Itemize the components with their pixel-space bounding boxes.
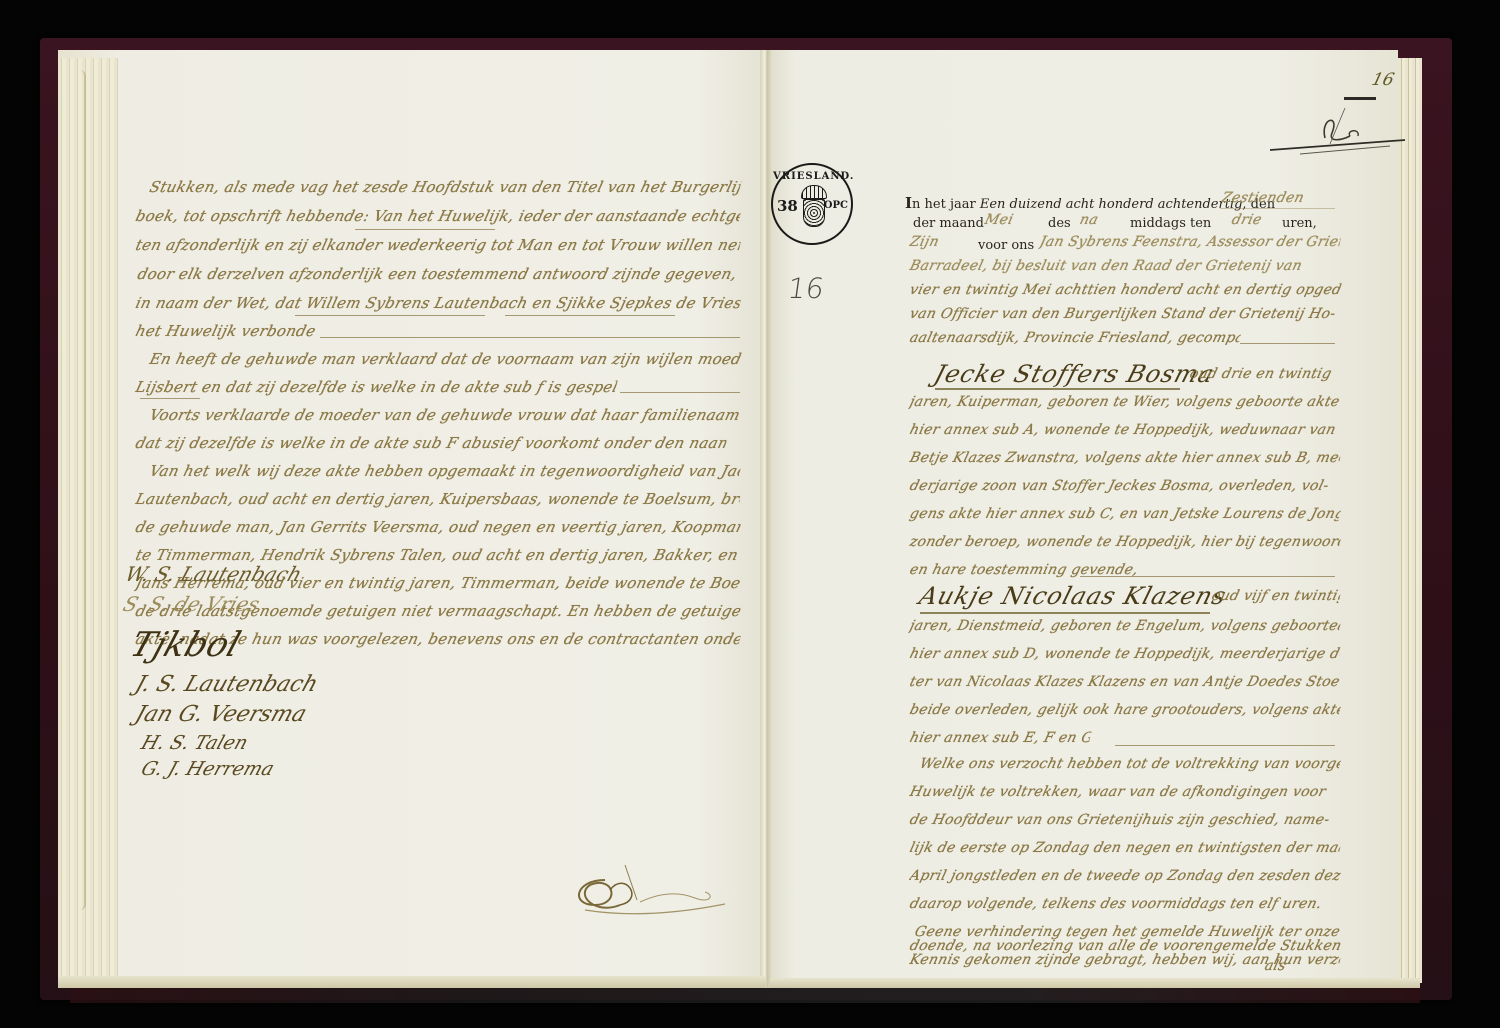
- handwritten-line: Huwelijk te voltrekken, waar van de afko…: [908, 784, 1342, 800]
- handwritten-line: gens akte hier annex sub C, en van Jetsk…: [908, 506, 1342, 522]
- book-gutter: [760, 50, 772, 988]
- handwritten-line: hier annex sub D, wonende te Hoppedijk, …: [908, 646, 1342, 662]
- printed-middags: middags ten: [1130, 216, 1211, 231]
- handwritten-line: oud drie en twintig: [1188, 366, 1342, 382]
- printed-year: Een duizend acht honderd achtendertig: [980, 197, 1243, 212]
- folio-number: 16: [1370, 70, 1397, 90]
- handwritten-line: Betje Klazes Zwanstra, volgens akte hier…: [908, 450, 1342, 466]
- handwritten-line: het Huwelijk verbonden zijn.: [134, 322, 318, 340]
- underline-rule: [295, 315, 485, 316]
- handwritten-month: Mei: [983, 212, 1087, 228]
- handwritten-line: derjarige zoon van Stoffer Jeckes Bosma,…: [908, 478, 1342, 494]
- catchword: als: [1263, 958, 1317, 974]
- signature-bride: S. S. de Vries: [120, 592, 263, 616]
- handwritten-line: boek, tot opschrift hebbende: Van het Hu…: [134, 207, 742, 225]
- left-page-curl: [72, 70, 86, 910]
- handwritten-line: zonder beroep, wonende te Hoppedijk, hie…: [908, 534, 1342, 550]
- handwritten-line: doende, na voorlezing van alle de vooren…: [908, 938, 1342, 954]
- handwritten-line: ter van Nicolaas Klazes Klazens en van A…: [908, 674, 1342, 690]
- fill-rule: [1240, 343, 1335, 344]
- pencil-page-number: 16: [786, 272, 826, 305]
- right-page-stack: [1398, 58, 1422, 983]
- groom-name: Jecke Stoffers Bosma: [931, 360, 1218, 388]
- decorated-initial: I: [905, 194, 912, 212]
- handwritten-day: Zestienden: [1220, 190, 1334, 206]
- printed-month-label: der maand: [913, 216, 984, 231]
- handwritten-line: dat zij dezelfde is welke in de akte sub…: [134, 434, 728, 452]
- handwritten-line: Welke ons verzocht hebben tot de voltrek…: [918, 756, 1342, 772]
- handwritten-line: oud vijf en twintig: [1210, 588, 1342, 604]
- line-fill-rule: [320, 337, 740, 338]
- handwritten-line: door elk derzelven afzonderlijk een toes…: [136, 265, 742, 283]
- crown-icon: [801, 185, 827, 199]
- handwritten-line: Jan Sybrens Feenstra, Assessor der Griet…: [1038, 234, 1342, 250]
- friesland-tax-stamp: VRIESLAND. 38 OPC: [771, 163, 853, 245]
- official-signature-flourish: [565, 860, 735, 920]
- handwritten-line: de Hoofddeur van ons Grietenijhuis zijn …: [908, 812, 1342, 828]
- printed-des: des: [1048, 216, 1071, 231]
- handwritten-line: Van het welk wij deze akte hebben opgema…: [148, 462, 742, 480]
- handwritten-line: daarop volgende, telkens des voormiddags…: [908, 896, 1342, 912]
- handwritten-line: Lijsbert en dat zij dezelfde is welke in…: [134, 378, 618, 396]
- right-page-bottom-edge: [770, 978, 1420, 988]
- handwritten-line: aaltenaarsdijk, Provincie Friesland, gec…: [908, 330, 1242, 346]
- stamp-value-left: 38: [777, 197, 798, 215]
- printed-uren: uren,: [1282, 216, 1317, 231]
- signature-witness-1: J. S. Lautenbach: [132, 672, 321, 697]
- handwritten-line: van Officier van den Burgerlijken Stand …: [908, 306, 1342, 322]
- line-fill-rule: [620, 392, 740, 393]
- printed-voor-ons: voor ons: [978, 238, 1034, 253]
- signature-tjkbol: Tjkbol: [126, 625, 246, 665]
- coat-of-arms-icon: [803, 199, 825, 227]
- handwritten-line: April jongstleden en de tweede op Zondag…: [908, 868, 1342, 884]
- printed-text: n het jaar: [912, 197, 976, 212]
- underline-rule: [355, 229, 495, 230]
- left-page-stack: [58, 58, 118, 978]
- handwritten-line: jaren, Dienstmeid, geboren te Engelum, v…: [908, 618, 1342, 634]
- stamp-region-text: VRIESLAND.: [773, 171, 851, 182]
- handwritten-line: in naam der Wet, dat Willem Sybrens Laut…: [134, 294, 742, 312]
- bride-name-underline: [920, 612, 1210, 614]
- handwritten-line: En heeft de gehuwde man verklaard dat de…: [148, 350, 742, 368]
- handwritten-line: Voorts verklaarde de moeder van de gehuw…: [148, 406, 742, 424]
- handwritten-line: jaren, Kuiperman, geboren te Wier, volge…: [908, 394, 1342, 410]
- handwritten-zijn: Zijn: [908, 234, 962, 250]
- signature-witness-3: H. S. Talen: [138, 732, 250, 754]
- fill-rule: [1080, 576, 1335, 577]
- underline-rule: [140, 398, 200, 399]
- handwritten-line: Lautenbach, oud acht en dertig jaren, Ku…: [134, 490, 742, 508]
- handwritten-line: Stukken, als mede vag het zesde Hoofdstu…: [148, 178, 742, 196]
- handwritten-hour: drie: [1230, 212, 1274, 228]
- signature-witness-2: Jan G. Veersma: [132, 702, 310, 727]
- fill-rule: [1115, 745, 1335, 746]
- signature-witness-4: G. J. Herrema: [138, 758, 277, 780]
- handwritten-line: hier annex sub E, F en G.: [908, 730, 1092, 746]
- handwritten-line: de gehuwde man, Jan Gerrits Veersma, oud…: [134, 518, 742, 536]
- handwritten-line: lijk de eerste op Zondag den negen en tw…: [908, 840, 1342, 856]
- signature-groom: W. S. Lautenbach: [122, 562, 305, 586]
- bride-name: Aukje Nicolaas Klazens: [916, 582, 1230, 610]
- handwritten-line: vier en twintig Mei achttien honderd ach…: [908, 282, 1342, 298]
- handwritten-daypart: na: [1078, 212, 1122, 228]
- groom-name-underline: [935, 388, 1180, 390]
- left-page-bottom-edge: [58, 976, 766, 988]
- stamp-value-right: OPC: [824, 200, 848, 211]
- fill-rule: [1220, 208, 1335, 209]
- handwritten-line: ten afzonderlijk en zij elkander wederke…: [134, 236, 742, 254]
- handwritten-line: hier annex sub A, wonende te Hoppedijk, …: [908, 422, 1342, 438]
- folio-dash: [1344, 97, 1376, 100]
- paraph-mark-icon: [1270, 108, 1410, 156]
- handwritten-line: Barradeel, bij besluit van den Raad der …: [908, 258, 1342, 274]
- underline-rule: [505, 315, 675, 316]
- handwritten-line: beide overleden, gelijk ook hare grootou…: [908, 702, 1342, 718]
